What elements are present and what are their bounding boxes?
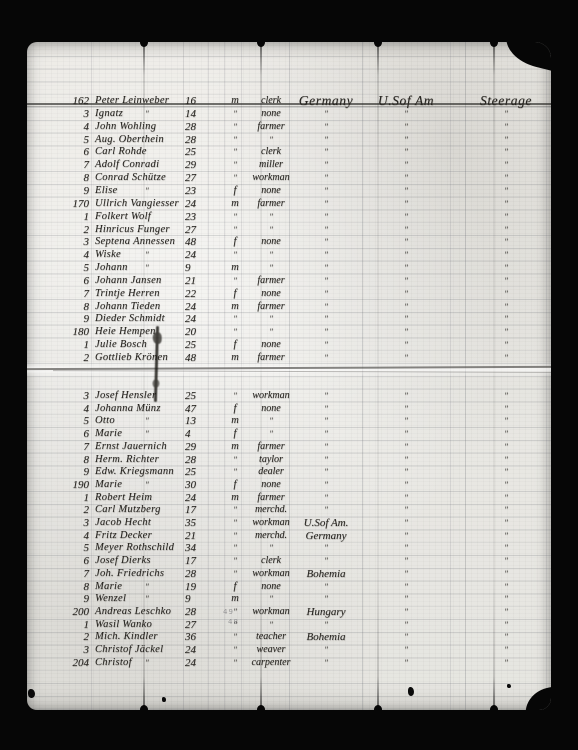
passenger-age: 48 xyxy=(185,236,215,248)
passenger-country: ″ xyxy=(289,313,363,325)
passenger-number: 7 xyxy=(47,288,89,300)
manifest-row: 170Ullrich Vangiesser24mfarmer″″″ xyxy=(27,198,551,211)
manifest-row: 2Mich. Kindler36″teacherBohemia″″ xyxy=(27,631,551,644)
passenger-age: 27 xyxy=(185,619,215,631)
passenger-country: ″ xyxy=(289,288,363,300)
passenger-age: 25 xyxy=(185,390,215,402)
passenger-age: 27 xyxy=(185,224,215,236)
passenger-country: ″ xyxy=(289,262,363,274)
manifest-row: 5Meyer Rothschild34″″″″″ xyxy=(27,542,551,555)
manifest-row: 5Aug. Oberthein28″″″″″ xyxy=(27,134,551,147)
manifest-row: 190Marie″30fnone″″″ xyxy=(27,479,551,492)
passenger-class: ″ xyxy=(465,211,547,223)
passenger-name: Wasil Wanko xyxy=(95,619,195,631)
manifest-row: 1Julie Bosch25fnone″″″ xyxy=(27,339,551,352)
passenger-age: 24 xyxy=(185,198,215,210)
manifest-row: 9Wenzel″9m″″″″ xyxy=(27,593,551,606)
passenger-country: ″ xyxy=(289,172,363,184)
passenger-country: Germany xyxy=(289,95,363,107)
passenger-sex: m xyxy=(226,95,244,107)
passenger-name: Hinricus Funger xyxy=(95,224,195,236)
passenger-class: ″ xyxy=(465,568,547,580)
passenger-country: ″ xyxy=(289,403,363,415)
passenger-class: ″ xyxy=(465,108,547,120)
passenger-destination: ″ xyxy=(363,568,449,580)
passenger-class: ″ xyxy=(465,198,547,210)
passenger-destination: ″ xyxy=(363,504,449,516)
passenger-class: ″ xyxy=(465,530,547,542)
passenger-age: 23 xyxy=(185,211,215,223)
passenger-sex: ″ xyxy=(226,121,244,133)
passenger-number: 4 xyxy=(47,121,89,133)
passenger-age: 24 xyxy=(185,313,215,325)
surname-ditto-mark: ″ xyxy=(145,593,149,605)
passenger-class: ″ xyxy=(465,121,547,133)
passenger-age: 28 xyxy=(185,134,215,146)
passenger-country: ″ xyxy=(289,198,363,210)
passenger-country: ″ xyxy=(289,492,363,504)
passenger-class: ″ xyxy=(465,657,547,669)
passenger-destination: ″ xyxy=(363,555,449,567)
manifest-row: 180Heie Hempen20″″″″″ xyxy=(27,326,551,339)
passenger-class: Steerage xyxy=(465,95,547,107)
passenger-sex: ″ xyxy=(226,504,244,516)
manifest-row: 5Otto″13m″″″″ xyxy=(27,415,551,428)
passenger-destination: ″ xyxy=(363,657,449,669)
passenger-country: ″ xyxy=(289,644,363,656)
passenger-class: ″ xyxy=(465,415,547,427)
passenger-destination: U.Sof Am xyxy=(363,95,449,107)
passenger-destination: ″ xyxy=(363,134,449,146)
passenger-age: 28 xyxy=(185,568,215,580)
passenger-country: ″ xyxy=(289,236,363,248)
passenger-destination: ″ xyxy=(363,466,449,478)
manifest-row: 8Conrad Schütze27″workman″″″ xyxy=(27,172,551,185)
passenger-age: 16 xyxy=(185,95,215,107)
passenger-number: 5 xyxy=(47,542,89,554)
passenger-country: ″ xyxy=(289,441,363,453)
manifest-row: 7Adolf Conradi29″miller″″″ xyxy=(27,159,551,172)
passenger-age: 19 xyxy=(185,581,215,593)
passenger-age: 27 xyxy=(185,172,215,184)
passenger-destination: ″ xyxy=(363,172,449,184)
manifest-row: 9Edw. Kriegsmann25″dealer″″″ xyxy=(27,466,551,479)
passenger-destination: ″ xyxy=(363,390,449,402)
passenger-destination: ″ xyxy=(363,288,449,300)
passenger-class: ″ xyxy=(465,542,547,554)
passenger-country: ″ xyxy=(289,466,363,478)
passenger-country: ″ xyxy=(289,390,363,402)
manifest-row: 3Josef Hensler25″workman″″″ xyxy=(27,390,551,403)
passenger-destination: ″ xyxy=(363,479,449,491)
passenger-name: Josef Hensler xyxy=(95,390,195,402)
passenger-age: 24 xyxy=(185,657,215,669)
passenger-number: 7 xyxy=(47,159,89,171)
passenger-country: ″ xyxy=(289,211,363,223)
passenger-class: ″ xyxy=(465,262,547,274)
passenger-name: Julie Bosch xyxy=(95,339,195,351)
surname-ditto-mark: ″ xyxy=(145,249,149,261)
passenger-destination: ″ xyxy=(363,542,449,554)
passenger-number: 204 xyxy=(47,657,89,669)
passenger-destination: ″ xyxy=(363,121,449,133)
passenger-number: 2 xyxy=(47,504,89,516)
passenger-number: 4 xyxy=(47,403,89,415)
passenger-class: ″ xyxy=(465,313,547,325)
passenger-country: ″ xyxy=(289,428,363,440)
passenger-name: Joh. Friedrichs xyxy=(95,568,195,580)
passenger-name: Ullrich Vangiesser xyxy=(95,198,195,210)
passenger-number: 9 xyxy=(47,313,89,325)
passenger-name: Adolf Conradi xyxy=(95,159,195,171)
passenger-sex: ″ xyxy=(226,326,244,338)
passenger-number: 2 xyxy=(47,224,89,236)
crease-line xyxy=(53,370,551,373)
passenger-destination: ″ xyxy=(363,249,449,261)
passenger-class: ″ xyxy=(465,236,547,248)
passenger-number: 180 xyxy=(47,326,89,338)
passenger-sex: ″ xyxy=(226,211,244,223)
passenger-name: Conrad Schütze xyxy=(95,172,195,184)
passenger-name: Christof Jäckel xyxy=(95,644,195,656)
passenger-class: ″ xyxy=(465,555,547,567)
passenger-number: 3 xyxy=(47,517,89,529)
horizontal-crease xyxy=(27,362,551,378)
passenger-name: Jacob Hecht xyxy=(95,517,195,529)
passenger-country: ″ xyxy=(289,504,363,516)
passenger-destination: ″ xyxy=(363,441,449,453)
passenger-sex: ″ xyxy=(226,530,244,542)
passenger-country: ″ xyxy=(289,275,363,287)
passenger-age: 21 xyxy=(185,275,215,287)
passenger-class: ″ xyxy=(465,249,547,261)
passenger-destination: ″ xyxy=(363,644,449,656)
scan-speck xyxy=(162,697,166,702)
passenger-number: 6 xyxy=(47,428,89,440)
manifest-row: 3Septena Annessen48fnone″″″ xyxy=(27,236,551,249)
passenger-sex: f xyxy=(226,581,244,593)
passenger-sex: m xyxy=(226,492,244,504)
passenger-class: ″ xyxy=(465,581,547,593)
passenger-number: 5 xyxy=(47,134,89,146)
passenger-class: ″ xyxy=(465,185,547,197)
surname-ditto-mark: ″ xyxy=(145,108,149,120)
passenger-age: 35 xyxy=(185,517,215,529)
passenger-number: 8 xyxy=(47,301,89,313)
manifest-row: 4John Wohling28″farmer″″″ xyxy=(27,121,551,134)
passenger-name: Carl Rohde xyxy=(95,146,195,158)
passenger-sex: m xyxy=(226,415,244,427)
surname-ditto-mark: ″ xyxy=(145,479,149,491)
passenger-sex: f xyxy=(226,479,244,491)
passenger-country: ″ xyxy=(289,542,363,554)
passenger-age: 24 xyxy=(185,249,215,261)
manifest-row: 7Joh. Friedrichs28″workmanBohemia″″ xyxy=(27,568,551,581)
passenger-class: ″ xyxy=(465,606,547,618)
manifest-row: 4Johanna Münz47fnone″″″ xyxy=(27,403,551,416)
passenger-name: Johann Jansen xyxy=(95,275,195,287)
passenger-sex: f xyxy=(226,236,244,248)
passenger-class: ″ xyxy=(465,619,547,631)
passenger-country: ″ xyxy=(289,108,363,120)
passenger-age: 24 xyxy=(185,301,215,313)
passenger-sex: ″ xyxy=(226,249,244,261)
passenger-number: 6 xyxy=(47,146,89,158)
passenger-sex: ″ xyxy=(226,517,244,529)
passenger-age: 28 xyxy=(185,454,215,466)
passenger-class: ″ xyxy=(465,326,547,338)
passenger-destination: ″ xyxy=(363,581,449,593)
scan-speck xyxy=(28,689,35,698)
passenger-age: 25 xyxy=(185,339,215,351)
scan-speck xyxy=(408,687,414,696)
passenger-class: ″ xyxy=(465,428,547,440)
passenger-country: ″ xyxy=(289,146,363,158)
manifest-row: 4Wiske″24″″″″″ xyxy=(27,249,551,262)
passenger-name: Peter Leinweber xyxy=(95,95,195,107)
passenger-destination: ″ xyxy=(363,593,449,605)
passenger-class: ″ xyxy=(465,441,547,453)
passenger-country: ″ xyxy=(289,657,363,669)
passenger-number: 8 xyxy=(47,454,89,466)
passenger-age: 9 xyxy=(185,593,215,605)
passenger-country: Germany xyxy=(289,530,363,542)
passenger-sex: f xyxy=(226,428,244,440)
passenger-number: 9 xyxy=(47,185,89,197)
passenger-sex: ″ xyxy=(226,644,244,656)
manifest-row: 6Johann Jansen21″farmer″″″ xyxy=(27,275,551,288)
passenger-age: 13 xyxy=(185,415,215,427)
passenger-sex: m xyxy=(226,441,244,453)
passenger-number: 190 xyxy=(47,479,89,491)
passenger-name: Carl Mutzberg xyxy=(95,504,195,516)
passenger-name: Fritz Decker xyxy=(95,530,195,542)
passenger-number: 2 xyxy=(47,631,89,643)
passenger-class: ″ xyxy=(465,339,547,351)
passenger-country: ″ xyxy=(289,339,363,351)
manifest-row: 6Marie″4f″″″″ xyxy=(27,428,551,441)
passenger-country: Bohemia xyxy=(289,568,363,580)
manifest-row: 4Fritz Decker21″merchd.Germany″″ xyxy=(27,530,551,543)
passenger-class: ″ xyxy=(465,146,547,158)
passenger-sex: ″ xyxy=(226,555,244,567)
passenger-sex: ″ xyxy=(226,159,244,171)
passenger-class: ″ xyxy=(465,504,547,516)
passenger-class: ″ xyxy=(465,466,547,478)
passenger-age: 17 xyxy=(185,555,215,567)
passenger-destination: ″ xyxy=(363,185,449,197)
passenger-number: 4 xyxy=(47,249,89,261)
passenger-sex: m xyxy=(226,262,244,274)
passenger-sex: ″ xyxy=(226,146,244,158)
ledger-paper: 162Peter Leinweber16mclerkGermanyU.Sof A… xyxy=(27,42,551,710)
passenger-country: ″ xyxy=(289,134,363,146)
manifest-row: 3Christof Jäckel24″weaver″″″ xyxy=(27,644,551,657)
passenger-destination: ″ xyxy=(363,492,449,504)
passenger-number: 9 xyxy=(47,593,89,605)
passenger-country: ″ xyxy=(289,249,363,261)
manifest-row: 9Dieder Schmidt24″″″″″ xyxy=(27,313,551,326)
passenger-destination: ″ xyxy=(363,403,449,415)
passenger-country: ″ xyxy=(289,326,363,338)
passenger-class: ″ xyxy=(465,275,547,287)
passenger-name: Heie Hempen xyxy=(95,326,195,338)
passenger-destination: ″ xyxy=(363,339,449,351)
passenger-sex: m xyxy=(226,198,244,210)
surname-ditto-mark: ″ xyxy=(145,657,149,669)
passenger-age: 28 xyxy=(185,606,215,618)
passenger-age: 24 xyxy=(185,644,215,656)
passenger-number: 170 xyxy=(47,198,89,210)
passenger-class: ″ xyxy=(465,134,547,146)
manifest-row: 162Peter Leinweber16mclerkGermanyU.Sof A… xyxy=(27,95,551,108)
passenger-sex: ″ xyxy=(226,542,244,554)
passenger-number: 200 xyxy=(47,606,89,618)
passenger-country: ″ xyxy=(289,185,363,197)
passenger-name: Folkert Wolf xyxy=(95,211,195,223)
passenger-sex: ″ xyxy=(226,134,244,146)
passenger-country: ″ xyxy=(289,555,363,567)
manifest-row: 3Jacob Hecht35″workmanU.Sof Am.″″ xyxy=(27,517,551,530)
manifest-row: 2Carl Mutzberg17″merchd.″″″ xyxy=(27,504,551,517)
passenger-class: ″ xyxy=(465,224,547,236)
manifest-row: 1Folkert Wolf23″″″″″ xyxy=(27,211,551,224)
passenger-sex: m xyxy=(226,301,244,313)
passenger-class: ″ xyxy=(465,403,547,415)
passenger-name: Johann Tieden xyxy=(95,301,195,313)
passenger-country: ″ xyxy=(289,593,363,605)
passenger-age: 29 xyxy=(185,159,215,171)
passenger-destination: ″ xyxy=(363,108,449,120)
passenger-country: ″ xyxy=(289,581,363,593)
surname-ditto-mark: ″ xyxy=(145,415,149,427)
passenger-age: 22 xyxy=(185,288,215,300)
passenger-name: Ernst Jauernich xyxy=(95,441,195,453)
passenger-sex: m xyxy=(226,593,244,605)
passenger-name: Andreas Leschko xyxy=(95,606,195,618)
passenger-country: ″ xyxy=(289,159,363,171)
passenger-number: 1 xyxy=(47,619,89,631)
passenger-name: Robert Heim xyxy=(95,492,195,504)
passenger-country: U.Sof Am. xyxy=(289,517,363,529)
passenger-number: 3 xyxy=(47,236,89,248)
passenger-destination: ″ xyxy=(363,275,449,287)
passenger-number: 7 xyxy=(47,568,89,580)
passenger-sex: ″ xyxy=(226,631,244,643)
passenger-sex: f xyxy=(226,403,244,415)
passenger-age: 29 xyxy=(185,441,215,453)
manifest-row: 204Christof″24″carpenter″″″ xyxy=(27,657,551,670)
passenger-age: 9 xyxy=(185,262,215,274)
manifest-row: 7Ernst Jauernich29mfarmer″″″ xyxy=(27,441,551,454)
passenger-name: Meyer Rothschild xyxy=(95,542,195,554)
passenger-age: 30 xyxy=(185,479,215,491)
passenger-number: 7 xyxy=(47,441,89,453)
passenger-country: ″ xyxy=(289,479,363,491)
passenger-destination: ″ xyxy=(363,631,449,643)
passenger-name: Septena Annessen xyxy=(95,236,195,248)
passenger-sex: ″ xyxy=(226,657,244,669)
manifest-row: 5Johann″9m″″″″ xyxy=(27,262,551,275)
manifest-row: 7Trintje Herren22fnone″″″ xyxy=(27,288,551,301)
passenger-sex: ″ xyxy=(226,108,244,120)
passenger-name: Johanna Münz xyxy=(95,403,195,415)
passenger-country: Hungary xyxy=(289,606,363,618)
surname-ditto-mark: ″ xyxy=(145,262,149,274)
manifest-row: 1Wasil Wanko27″″″″″ xyxy=(27,619,551,632)
passenger-destination: ″ xyxy=(363,606,449,618)
manifest-row: 2Hinricus Funger27″″″″″ xyxy=(27,224,551,237)
passenger-age: 25 xyxy=(185,146,215,158)
passenger-destination: ″ xyxy=(363,517,449,529)
passenger-sex: ″ xyxy=(226,390,244,402)
passenger-number: 4 xyxy=(47,530,89,542)
passenger-number: 1 xyxy=(47,339,89,351)
scan-speck xyxy=(507,684,511,688)
passenger-country: ″ xyxy=(289,224,363,236)
manifest-row: 8Herm. Richter28″taylor″″″ xyxy=(27,454,551,467)
passenger-name: Edw. Kriegsmann xyxy=(95,466,195,478)
passenger-name: Josef Dierks xyxy=(95,555,195,567)
scanned-manifest-image: 162Peter Leinweber16mclerkGermanyU.Sof A… xyxy=(0,0,578,750)
passenger-sex: ″ xyxy=(226,172,244,184)
passenger-class: ″ xyxy=(465,301,547,313)
passenger-age: 25 xyxy=(185,466,215,478)
passenger-age: 21 xyxy=(185,530,215,542)
manifest-row: 1Robert Heim24mfarmer″″″ xyxy=(27,492,551,505)
passenger-number: 3 xyxy=(47,108,89,120)
passenger-age: 14 xyxy=(185,108,215,120)
passenger-class: ″ xyxy=(465,288,547,300)
passenger-destination: ″ xyxy=(363,313,449,325)
pencil-annotation: 48 xyxy=(228,618,239,626)
passenger-age: 47 xyxy=(185,403,215,415)
passenger-destination: ″ xyxy=(363,211,449,223)
passenger-name: Aug. Oberthein xyxy=(95,134,195,146)
passenger-country: ″ xyxy=(289,619,363,631)
passenger-class: ″ xyxy=(465,517,547,529)
passenger-country: Bohemia xyxy=(289,631,363,643)
passenger-number: 3 xyxy=(47,390,89,402)
passenger-destination: ″ xyxy=(363,301,449,313)
passenger-sex: ″ xyxy=(226,224,244,236)
passenger-class: ″ xyxy=(465,172,547,184)
passenger-sex: ″ xyxy=(226,568,244,580)
passenger-destination: ″ xyxy=(363,159,449,171)
passenger-destination: ″ xyxy=(363,198,449,210)
passenger-destination: ″ xyxy=(363,454,449,466)
passenger-number: 9 xyxy=(47,466,89,478)
pencil-annotation: 49 xyxy=(223,608,234,616)
passenger-number: 6 xyxy=(47,555,89,567)
passenger-number: 5 xyxy=(47,262,89,274)
passenger-name: Trintje Herren xyxy=(95,288,195,300)
passenger-sex: ″ xyxy=(226,313,244,325)
passenger-number: 3 xyxy=(47,644,89,656)
passenger-number: 5 xyxy=(47,415,89,427)
passenger-destination: ″ xyxy=(363,224,449,236)
passenger-class: ″ xyxy=(465,593,547,605)
passenger-class: ″ xyxy=(465,492,547,504)
passenger-destination: ″ xyxy=(363,262,449,274)
manifest-row: 3Ignatz″14″none″″″ xyxy=(27,108,551,121)
passenger-name: John Wohling xyxy=(95,121,195,133)
manifest-row: 200Andreas Leschko28″workmanHungary″″ xyxy=(27,606,551,619)
surname-ditto-mark: ″ xyxy=(145,581,149,593)
passenger-age: 20 xyxy=(185,326,215,338)
surname-ditto-mark: ″ xyxy=(145,185,149,197)
passenger-country: ″ xyxy=(289,301,363,313)
